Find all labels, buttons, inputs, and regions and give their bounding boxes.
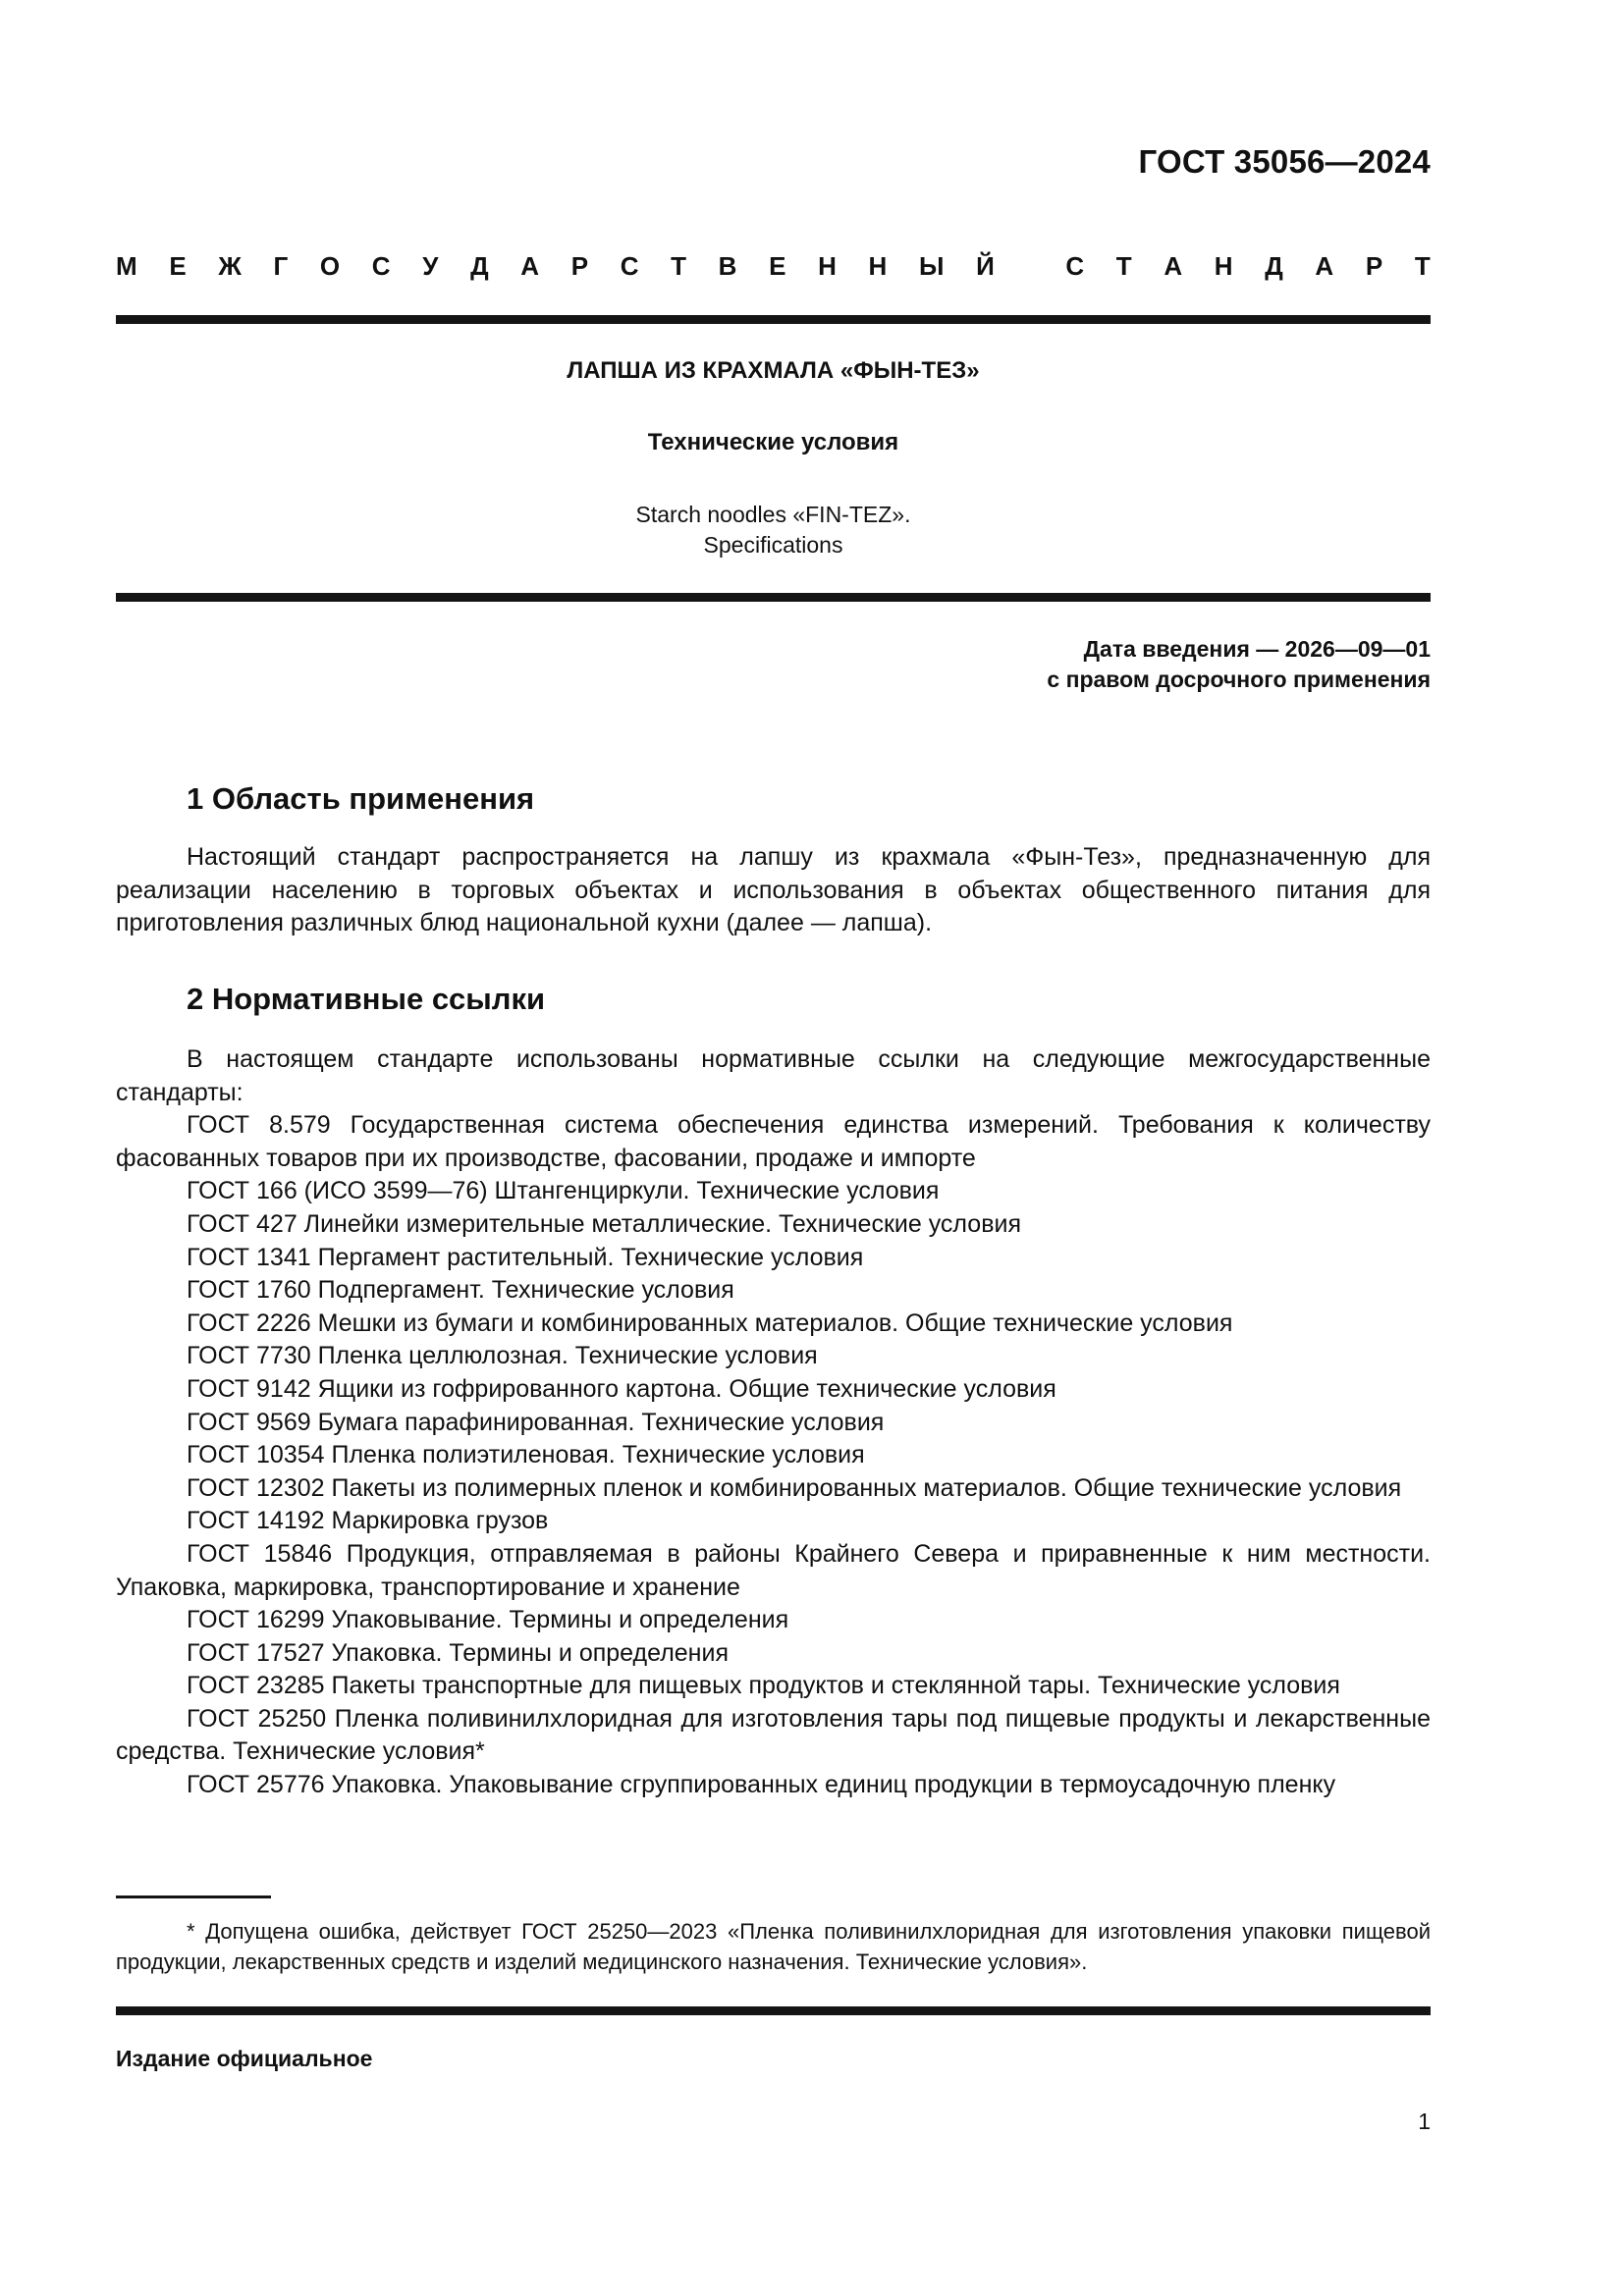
introduction-date-line-2: с правом досрочного применения: [1047, 665, 1431, 695]
reference-item: ГОСТ 9142 Ящики из гофрированного картон…: [116, 1373, 1431, 1407]
header-letter: М: [116, 251, 137, 282]
header-letter: Т: [1415, 251, 1431, 282]
header-letter: Н: [869, 251, 888, 282]
header-letter: Ы: [919, 251, 944, 282]
reference-item: ГОСТ 14192 Маркировка грузов: [116, 1505, 1431, 1538]
header-letter: Т: [671, 251, 686, 282]
header-letter: Д: [1265, 251, 1283, 282]
introduction-date: Дата введения — 2026—09—01 с правом доср…: [1047, 634, 1431, 695]
section-2-intro: В настоящем стандарте использованы норма…: [116, 1043, 1431, 1109]
header-letter: А: [1164, 251, 1182, 282]
header-letter: Г: [273, 251, 288, 282]
header-letter: Й: [976, 251, 995, 282]
reference-item: ГОСТ 16299 Упаковывание. Термины и опред…: [116, 1604, 1431, 1637]
header-letter: С: [372, 251, 391, 282]
english-title-line-1: Starch noodles «FIN-TEZ».: [116, 500, 1431, 530]
header-letter: С: [621, 251, 639, 282]
reference-item: ГОСТ 25250 Пленка поливинилхлоридная для…: [116, 1703, 1431, 1769]
standard-type-header: МЕЖГОСУДАРСТВЕННЫЙ СТАНДАРТ: [116, 251, 1431, 282]
header-letter: С: [1065, 251, 1084, 282]
english-title-line-2: Specifications: [116, 530, 1431, 561]
reference-item: ГОСТ 7730 Пленка целлюлозная. Технически…: [116, 1340, 1431, 1373]
top-rule: [116, 315, 1431, 324]
footnote: * Допущена ошибка, действует ГОСТ 25250—…: [116, 1916, 1431, 1977]
footnote-separator: [116, 1896, 271, 1898]
page-number: 1: [1418, 2109, 1431, 2135]
introduction-date-line-1: Дата введения — 2026—09—01: [1047, 634, 1431, 665]
section-1-body: Настоящий стандарт распространяется на л…: [116, 841, 1431, 940]
english-title: Starch noodles «FIN-TEZ». Specifications: [116, 500, 1431, 561]
reference-item: ГОСТ 23285 Пакеты транспортные для пищев…: [116, 1670, 1431, 1703]
header-letter: Д: [470, 251, 489, 282]
section-2-heading: 2 Нормативные ссылки: [187, 982, 545, 1017]
reference-item: ГОСТ 17527 Упаковка. Термины и определен…: [116, 1637, 1431, 1671]
header-letter: Е: [769, 251, 785, 282]
reference-item: ГОСТ 1341 Пергамент растительный. Технич…: [116, 1242, 1431, 1275]
header-letter: О: [320, 251, 340, 282]
header-letter: Т: [1116, 251, 1132, 282]
bottom-rule: [116, 2006, 1431, 2015]
header-letter: В: [719, 251, 737, 282]
header-letter: Н: [1215, 251, 1233, 282]
reference-item: ГОСТ 25776 Упаковка. Упаковывание сгрупп…: [116, 1769, 1431, 1802]
reference-item: ГОСТ 9569 Бумага парафинированная. Техни…: [116, 1407, 1431, 1440]
header-letter: А: [1315, 251, 1333, 282]
reference-item: ГОСТ 15846 Продукция, отправляемая в рай…: [116, 1538, 1431, 1604]
reference-item: ГОСТ 10354 Пленка полиэтиленовая. Технич…: [116, 1439, 1431, 1472]
reference-item: ГОСТ 2226 Мешки из бумаги и комбинирован…: [116, 1308, 1431, 1341]
header-letter: Р: [571, 251, 588, 282]
section-1-heading: 1 Область применения: [187, 781, 534, 817]
header-letter: А: [520, 251, 539, 282]
reference-item: ГОСТ 12302 Пакеты из полимерных пленок и…: [116, 1472, 1431, 1506]
normative-references-list: В настоящем стандарте использованы норма…: [116, 1043, 1431, 1802]
document-subtitle: Технические условия: [116, 429, 1431, 456]
reference-item: ГОСТ 1760 Подпергамент. Технические усло…: [116, 1274, 1431, 1308]
document-title: ЛАПША ИЗ КРАХМАЛА «ФЫН-ТЕЗ»: [116, 357, 1431, 385]
header-letter: Р: [1366, 251, 1382, 282]
header-letter: Е: [169, 251, 186, 282]
reference-item: ГОСТ 8.579 Государственная система обесп…: [116, 1109, 1431, 1175]
header-letter: Ж: [218, 251, 242, 282]
title-bottom-rule: [116, 593, 1431, 602]
footnote-text: * Допущена ошибка, действует ГОСТ 25250—…: [116, 1916, 1431, 1977]
official-edition-label: Издание официальное: [116, 2046, 372, 2072]
reference-item: ГОСТ 427 Линейки измерительные металличе…: [116, 1208, 1431, 1242]
reference-item: ГОСТ 166 (ИСО 3599—76) Штангенциркули. Т…: [116, 1175, 1431, 1208]
header-letter: [1026, 251, 1033, 282]
section-1-paragraph: Настоящий стандарт распространяется на л…: [116, 841, 1431, 940]
header-letter: У: [422, 251, 438, 282]
document-code: ГОСТ 35056—2024: [1139, 143, 1431, 181]
header-letter: Н: [818, 251, 837, 282]
